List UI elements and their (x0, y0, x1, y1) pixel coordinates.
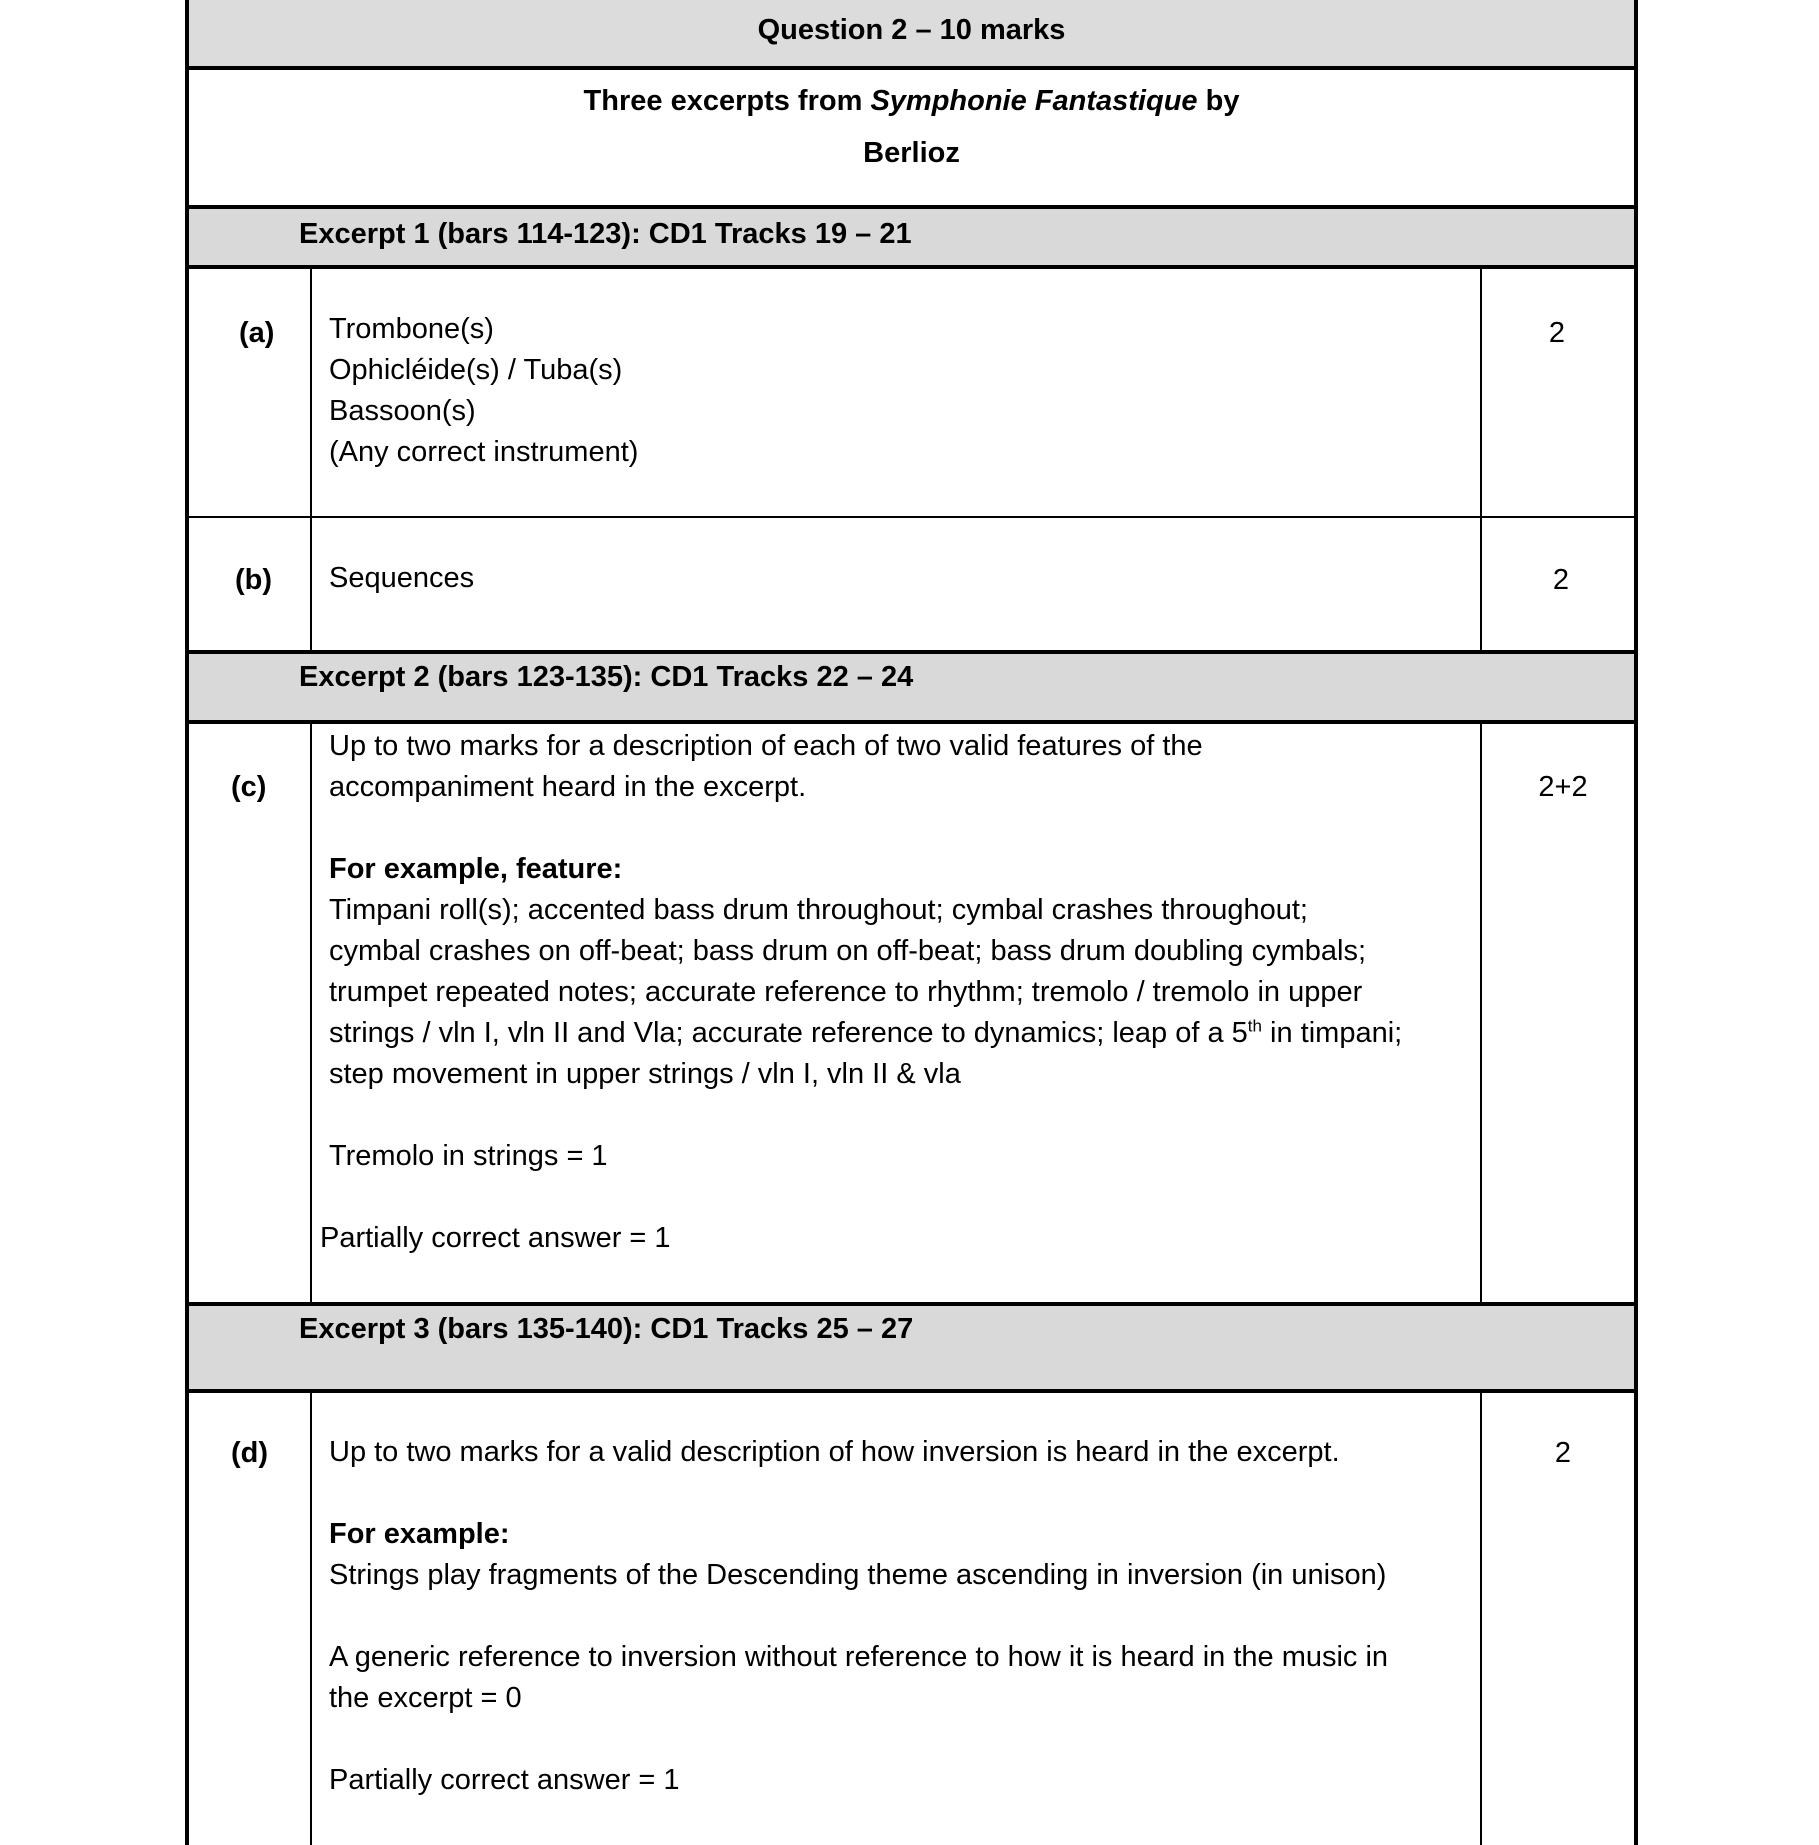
column-divider (1480, 269, 1482, 650)
answer-line: Bassoon(s) (329, 391, 638, 432)
example-heading: For example, feature: (329, 849, 1402, 890)
column-divider (310, 269, 312, 650)
answer-d: Up to two marks for a valid description … (329, 1432, 1388, 1801)
column-divider (1480, 724, 1482, 1302)
column-divider (1480, 1393, 1482, 1845)
column-divider (310, 724, 312, 1302)
example-heading: For example: (329, 1514, 1388, 1555)
answer-line: strings / vln I, vln II and Vla; accurat… (329, 1013, 1402, 1054)
answer-line: the excerpt = 0 (329, 1678, 1388, 1719)
work-title: Three excerpts from Symphonie Fantastiqu… (189, 85, 1634, 118)
answer-line: Timpani roll(s); accented bass drum thro… (329, 890, 1402, 931)
excerpt-1-heading: Excerpt 1 (bars 114-123): CD1 Tracks 19 … (299, 218, 912, 251)
answer-line: Partially correct answer = 1 (329, 1760, 1388, 1801)
mark-scheme-table: Question 2 – 10 marks Three excerpts fro… (185, 0, 1638, 1845)
question-title: Question 2 – 10 marks (189, 14, 1634, 47)
divider (189, 516, 1634, 518)
excerpt-2-heading: Excerpt 2 (bars 123-135): CD1 Tracks 22 … (299, 661, 913, 694)
answer-c: Up to two marks for a description of eac… (329, 726, 1402, 1259)
answer-line: step movement in upper strings / vln I, … (329, 1054, 1402, 1095)
divider (189, 265, 1634, 269)
excerpt-2-heading-band: Excerpt 2 (bars 123-135): CD1 Tracks 22 … (189, 654, 1634, 720)
work-title-band: Three excerpts from Symphonie Fantastiqu… (189, 70, 1634, 206)
row-label-d: (d) (231, 1437, 268, 1470)
composer: Berlioz (189, 137, 1634, 170)
answer-line: Ophicléide(s) / Tuba(s) (329, 350, 638, 391)
answer-line: cymbal crashes on off-beat; bass drum on… (329, 931, 1402, 972)
answer-line: Up to two marks for a description of eac… (329, 726, 1402, 767)
excerpt-3-heading: Excerpt 3 (bars 135-140): CD1 Tracks 25 … (299, 1313, 913, 1346)
answer-line: trumpet repeated notes; accurate referen… (329, 972, 1402, 1013)
work-title-prefix: Three excerpts from (584, 85, 871, 117)
row-label-b: (b) (235, 564, 272, 597)
answer-line: Strings play fragments of the Descending… (329, 1555, 1388, 1596)
answer-line: Trombone(s) (329, 309, 638, 350)
marks-d: 2 (1483, 1437, 1643, 1470)
row-label-c: (c) (231, 771, 266, 804)
row-label-a: (a) (239, 317, 274, 350)
answer-b: Sequences (329, 558, 474, 599)
divider (189, 1389, 1634, 1393)
answer-line: Partially correct answer = 1 (320, 1218, 1402, 1259)
divider (189, 720, 1634, 724)
question-title-band: Question 2 – 10 marks (189, 0, 1634, 68)
marks-a: 2 (1477, 317, 1637, 350)
excerpt-3-heading-band: Excerpt 3 (bars 135-140): CD1 Tracks 25 … (189, 1306, 1634, 1390)
answer-a: Trombone(s)Ophicléide(s) / Tuba(s)Bassoo… (329, 309, 638, 473)
work-name: Symphonie Fantastique (870, 85, 1197, 117)
excerpt-1-heading-band: Excerpt 1 (bars 114-123): CD1 Tracks 19 … (189, 209, 1634, 266)
answer-line: accompaniment heard in the excerpt. (329, 767, 1402, 808)
text: strings / vln I, vln II and Vla; accurat… (329, 1017, 1248, 1049)
text: in timpani; (1262, 1017, 1402, 1049)
answer-line: Tremolo in strings = 1 (329, 1136, 1402, 1177)
answer-line: (Any correct instrument) (329, 432, 638, 473)
superscript: th (1248, 1016, 1262, 1035)
work-title-suffix: by (1198, 85, 1240, 117)
column-divider (310, 1393, 312, 1845)
answer-line: A generic reference to inversion without… (329, 1637, 1388, 1678)
answer-line: Up to two marks for a valid description … (329, 1432, 1388, 1473)
marks-c: 2+2 (1483, 771, 1643, 804)
marks-b: 2 (1481, 564, 1641, 597)
